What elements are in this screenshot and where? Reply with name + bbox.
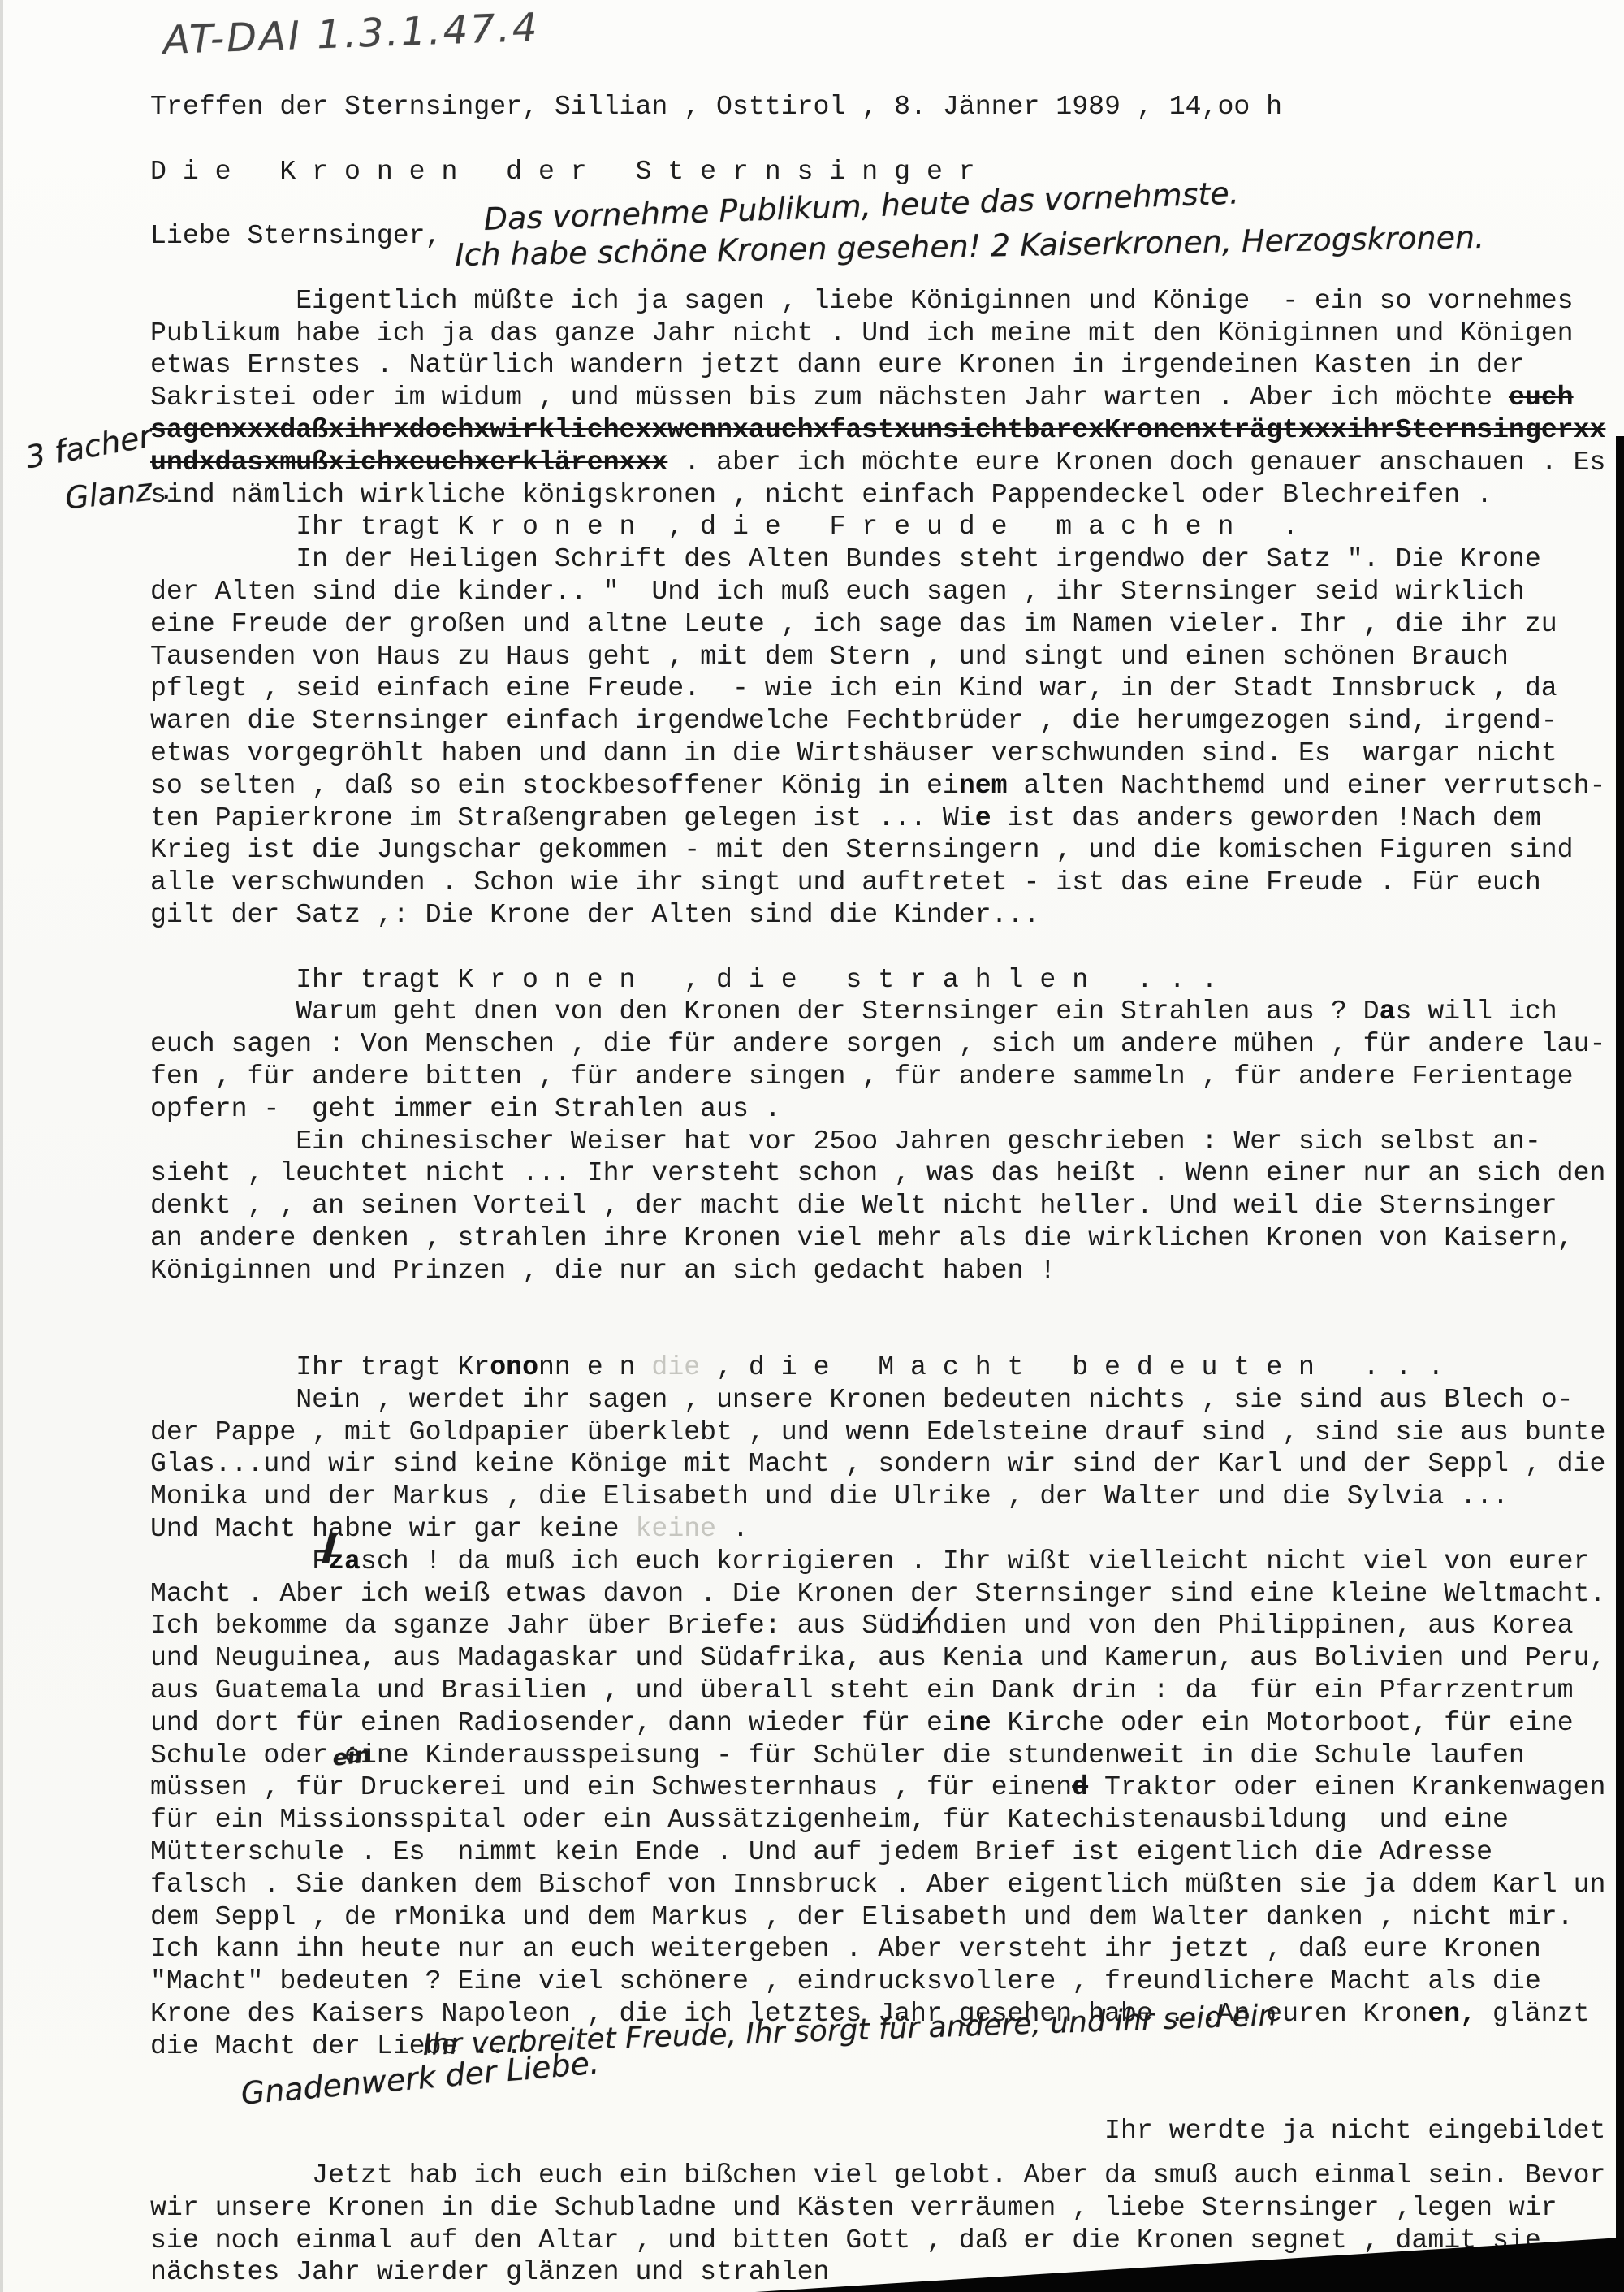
typed-text: der Alten sind die kinder.. " Und ich mu…: [150, 576, 1525, 607]
struck-text: euch: [1509, 382, 1574, 413]
struck-text: undxdasxmußxichxeuchxerklärenxxx: [150, 447, 667, 478]
typed-text: Königinnen und Prinzen , die nur an sich…: [150, 1255, 1056, 1286]
typed-text: falsch . Sie danken dem Bischof von Inns…: [150, 1869, 1605, 1900]
typed-text: In der Heiligen Schrift des Alten Bundes…: [150, 543, 1541, 574]
typed-line: Mütterschule . Es nimmt kein Ende . Und …: [150, 1836, 1624, 1869]
typed-line: an andere denken , strahlen ihre Kronen …: [150, 1222, 1624, 1255]
blank-line: [150, 1319, 1624, 1351]
typed-line: ten Papierkrone im Straßengraben gelegen…: [150, 802, 1624, 835]
scan-left-edge-shadow: [0, 0, 3, 2292]
typed-line: Glas...und wir sind keine Könige mit Mac…: [150, 1448, 1624, 1481]
typed-line: Nein , werdet ihr sagen , unsere Kronen …: [150, 1384, 1624, 1416]
typed-text: sieht , leuchtet nicht ... Ihr versteht …: [150, 1157, 1605, 1188]
typed-text: ist das anders geworden !Nach dem: [991, 802, 1541, 833]
typed-text: gilt der Satz ,: Die Krone der Alten sin…: [150, 899, 1039, 930]
typed-line: "Macht" bedeuten ? Eine viel schönere , …: [150, 1965, 1624, 1998]
typed-line: fen , für andere bitten , für andere sin…: [150, 1061, 1624, 1093]
typed-text: an andere denken , strahlen ihre Kronen …: [150, 1222, 1574, 1253]
typed-line: und dort für einen Radiosender, dann wie…: [150, 1707, 1624, 1740]
typed-text: alle verschwunden . Schon wie ihr singt …: [150, 867, 1541, 897]
typed-text: Ihr tragt K r o n e n , d i e F r e u d …: [150, 511, 1298, 542]
typed-line: Warum geht dnen von den Kronen der Stern…: [150, 996, 1624, 1028]
typed-text: pflegt , seid einfach eine Freude. - wie…: [150, 672, 1557, 703]
typed-line: falsch . Sie danken dem Bischof von Inns…: [150, 1869, 1624, 1901]
typed-line: euch sagen : Von Menschen , die für ande…: [150, 1028, 1624, 1061]
typed-text: müssen , für Druckerei und ein Schwester…: [150, 1771, 1072, 1802]
faint-ghost-text: keine: [635, 1513, 716, 1544]
blank-line: [150, 932, 1624, 964]
typed-line: In der Heiligen Schrift des Alten Bundes…: [150, 543, 1624, 576]
typed-line: Krieg ist die Jungschar gekommen - mit d…: [150, 834, 1624, 867]
typed-line: der Alten sind die kinder.. " Und ich mu…: [150, 576, 1624, 608]
typed-text: Eigentlich müßte ich ja sagen , liebe Kö…: [150, 285, 1574, 316]
overstruck-text: ono: [490, 1351, 538, 1382]
typed-text: denkt , , an seinen Vorteil , der macht …: [150, 1190, 1557, 1221]
typed-text: Ihr werdte ja nicht eingebildet: [150, 2115, 1605, 2146]
typed-line: Jetzt hab ich euch ein bißchen viel gelo…: [150, 2160, 1624, 2192]
typed-text: Ihr tragt K r o n e n , d i e s t r a h …: [150, 964, 1217, 995]
typed-text: dem Seppl , de rMonika und dem Markus , …: [150, 1901, 1574, 1932]
typed-line: Ich bekomme da sganze Jahr über Briefe: …: [150, 1610, 1624, 1642]
handwritten-insert-ein: ein: [331, 1742, 372, 1771]
typed-line: und Neuguinea, aus Madagaskar und Südafr…: [150, 1642, 1624, 1675]
section-heading-line: Ihr tragt Krononn e n die , d i e M a c …: [150, 1351, 1624, 1384]
typed-text: Warum geht dnen von den Kronen der Stern…: [150, 996, 1380, 1027]
typed-text: , d i e M a c h t b e d e u t e n . . .: [700, 1351, 1444, 1382]
typed-line: denkt , , an seinen Vorteil , der macht …: [150, 1190, 1624, 1222]
typed-text: Ein chinesischer Weiser hat vor 25oo Jah…: [150, 1126, 1541, 1157]
typed-text: etwas Ernstes . Natürlich wandern jetzt …: [150, 349, 1525, 380]
blank-line: [150, 123, 1624, 156]
typed-text: D i e K r o n e n d e r S t e r n s i n …: [150, 156, 975, 187]
typed-text: Glas...und wir sind keine Könige mit Mac…: [150, 1448, 1605, 1479]
typed-text: so selten , daß so ein stockbesoffener K…: [150, 770, 959, 801]
typed-text: und Neuguinea, aus Madagaskar und Südafr…: [150, 1642, 1605, 1673]
overstruck-text: nem: [959, 770, 1008, 801]
typed-line: eine Freude der großen und altne Leute ,…: [150, 608, 1624, 641]
typed-text: Tausenden von Haus zu Haus geht , mit de…: [150, 641, 1509, 672]
section-heading-line: Ihr tragt K r o n e n , d i e s t r a h …: [150, 964, 1624, 997]
typed-line: Fzasch ! da muß ich euch korrigieren . I…: [150, 1546, 1624, 1578]
typed-text: .: [716, 1513, 749, 1544]
document-title-line: Treffen der Sternsinger, Sillian , Ostti…: [150, 91, 1624, 123]
typed-line: waren die Sternsinger einfach irgendwelc…: [150, 705, 1624, 737]
typed-text: Treffen der Sternsinger, Sillian , Ostti…: [150, 91, 1282, 122]
typed-text: sie noch einmal auf den Altar , und bitt…: [150, 2225, 1541, 2255]
typed-line: undxdasxmußxichxeuchxerklärenxxx . aber …: [150, 447, 1624, 479]
typed-text: Ihr tragt Kr: [150, 1351, 490, 1382]
typed-text: Traktor oder einen Krankenwagen: [1088, 1771, 1605, 1802]
typed-line: Ich kann ihn heute nur an euch weitergeb…: [150, 1933, 1624, 1965]
typed-line: sind nämlich wirkliche königskronen , ni…: [150, 479, 1624, 512]
typed-line: Tausenden von Haus zu Haus geht , mit de…: [150, 641, 1624, 673]
scan-right-edge-artifact: [1616, 436, 1624, 2292]
typed-line: müssen , für Druckerei und ein Schwester…: [150, 1771, 1624, 1804]
typed-text: Ich kann ihn heute nur an euch weitergeb…: [150, 1933, 1541, 1964]
typed-text: aus Guatemala und Brasilien , und überal…: [150, 1675, 1574, 1706]
typed-text: Jetzt hab ich euch ein bißchen viel gelo…: [150, 2160, 1605, 2190]
typed-line: Und Macht habne wir gar keine keine .: [150, 1513, 1624, 1546]
typed-text: . aber ich möchte eure Kronen doch genau…: [667, 447, 1605, 478]
handwritten-margin-note-1: 3 facher: [23, 418, 154, 476]
typed-text: eine Freude der großen und altne Leute ,…: [150, 608, 1557, 639]
overstruck-text: en,: [1427, 1998, 1476, 2029]
typed-line: sieht , leuchtet nicht ... Ihr versteht …: [150, 1157, 1624, 1190]
typed-text: Monika und der Markus , die Elisabeth un…: [150, 1481, 1509, 1511]
typed-text: sind nämlich wirkliche königskronen , ni…: [150, 479, 1492, 510]
typed-text: und dort für einen Radiosender, dann wie…: [150, 1707, 959, 1738]
typed-text: der Pappe , mit Goldpapier überklebt , u…: [150, 1416, 1605, 1447]
typed-text: ten Papierkrone im Straßengraben gelegen…: [150, 802, 975, 833]
overstruck-text: a: [1380, 996, 1396, 1027]
typed-line: etwas vorgegröhlt haben und dann in die …: [150, 737, 1624, 770]
interline-typed-insert: Ihr werdte ja nicht eingebildet: [150, 2115, 1624, 2147]
typed-text: opfern - geht immer ein Strahlen aus .: [150, 1093, 781, 1124]
typed-line: alle verschwunden . Schon wie ihr singt …: [150, 867, 1624, 899]
overstruck-text: e: [975, 802, 991, 833]
typed-line: Macht . Aber ich weiß etwas davon . Die …: [150, 1578, 1624, 1611]
typed-line: so selten , daß so ein stockbesoffener K…: [150, 770, 1624, 802]
typed-line: Ein chinesischer Weiser hat vor 25oo Jah…: [150, 1126, 1624, 1158]
typed-text: Kirche oder ein Motorboot, für eine: [991, 1707, 1574, 1738]
typed-text: Nein , werdet ihr sagen , unsere Kronen …: [150, 1384, 1574, 1415]
typed-text: wir unsere Kronen in die Schubladne und …: [150, 2192, 1557, 2223]
typed-line: opfern - geht immer ein Strahlen aus .: [150, 1093, 1624, 1126]
typed-text: Krieg ist die Jungschar gekommen - mit d…: [150, 834, 1574, 865]
typed-text: Macht . Aber ich weiß etwas davon . Die …: [150, 1578, 1605, 1609]
struck-out-line: sagenxxxdaßxihrxdochxwirklichexxwennxauc…: [150, 414, 1624, 447]
typed-line: etwas Ernstes . Natürlich wandern jetzt …: [150, 349, 1624, 382]
typed-line: wir unsere Kronen in die Schubladne und …: [150, 2192, 1624, 2225]
section-heading-line: D i e K r o n e n d e r S t e r n s i n …: [150, 156, 1624, 188]
typed-text: euch sagen : Von Menschen , die für ande…: [150, 1028, 1605, 1059]
typed-line: dem Seppl , de rMonika und dem Markus , …: [150, 1901, 1624, 1934]
typed-text: "Macht" bedeuten ? Eine viel schönere , …: [150, 1965, 1541, 1996]
typed-text: für ein Missionsspital oder ein Aussätzi…: [150, 1804, 1509, 1835]
typed-line: Monika und der Markus , die Elisabeth un…: [150, 1481, 1624, 1513]
typed-line: Sakristei oder im widum , und müssen bis…: [150, 382, 1624, 414]
typed-text: fen , für andere bitten , für andere sin…: [150, 1061, 1574, 1092]
typed-text: Liebe Sternsinger,: [150, 220, 441, 251]
typed-text: nn e n: [538, 1351, 636, 1382]
typed-line: gilt der Satz ,: Die Krone der Alten sin…: [150, 899, 1624, 932]
typed-text: F: [150, 1546, 328, 1576]
typed-text: Mütterschule . Es nimmt kein Ende . Und …: [150, 1836, 1492, 1867]
typed-line: Eigentlich müßte ich ja sagen , liebe Kö…: [150, 285, 1624, 318]
struck-text: d: [1072, 1771, 1088, 1802]
overstruck-text: ne: [959, 1707, 991, 1738]
typed-line: Publikum habe ich ja das ganze Jahr nich…: [150, 318, 1624, 350]
scanned-typewritten-page: Treffen der Sternsinger, Sillian , Ostti…: [0, 0, 1624, 2292]
typed-text: Sakristei oder im widum , und müssen bis…: [150, 382, 1509, 413]
typed-text: etwas vorgegröhlt haben und dann in die …: [150, 737, 1557, 768]
faint-ghost-text: die: [635, 1351, 700, 1382]
typed-text: Publikum habe ich ja das ganze Jahr nich…: [150, 318, 1574, 348]
struck-text: sagenxxxdaßxihrxdochxwirklichexxwennxauc…: [150, 414, 1605, 445]
typed-line: pflegt , seid einfach eine Freude. - wie…: [150, 672, 1624, 705]
typed-line: Königinnen und Prinzen , die nur an sich…: [150, 1255, 1624, 1287]
blank-line: [150, 1287, 1624, 1319]
typed-text: waren die Sternsinger einfach irgendwelc…: [150, 705, 1557, 736]
typed-text: nächstes Jahr wierder glänzen und strahl…: [150, 2256, 829, 2287]
typed-line: aus Guatemala und Brasilien , und überal…: [150, 1675, 1624, 1707]
typed-text: Ich bekomme da sganze Jahr über Briefe: …: [150, 1610, 1574, 1641]
typed-line: der Pappe , mit Goldpapier überklebt , u…: [150, 1416, 1624, 1449]
typed-text: s will ich: [1396, 996, 1557, 1027]
typed-text-block: Treffen der Sternsinger, Sillian , Ostti…: [150, 91, 1624, 2289]
typed-line: für ein Missionsspital oder ein Aussätzi…: [150, 1804, 1624, 1836]
typed-text: glänzt: [1476, 1998, 1589, 2029]
handwritten-archival-mark: AT-DAI 1.3.1.47.4: [162, 5, 540, 63]
section-heading-line: Ihr tragt K r o n e n , d i e F r e u d …: [150, 511, 1624, 543]
typed-text: sch ! da muß ich euch korrigieren . Ihr …: [361, 1546, 1590, 1576]
typed-text: Und Macht habne wir gar keine: [150, 1513, 635, 1544]
typed-text: alten Nachthemd und einer verrutsch-: [1008, 770, 1606, 801]
